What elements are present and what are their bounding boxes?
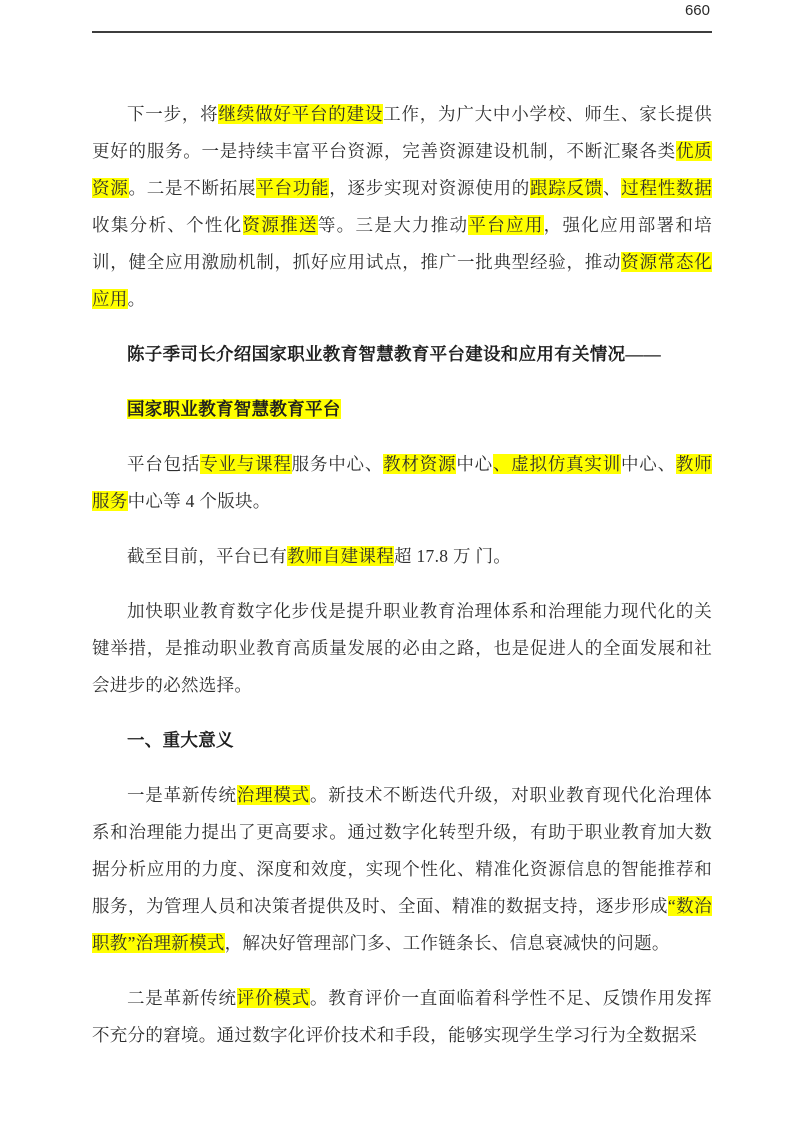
text-run: 一是革新传统 [127, 785, 237, 805]
text-run: 收集分析、个性化 [92, 215, 243, 235]
document-page: 660 下一步，将继续做好平台的建设工作，为广大中小学校、师生、家长提供更好的服… [0, 0, 793, 1122]
highlighted-text-run: 资源推送 [243, 215, 318, 235]
highlighted-text-run: 平台应用 [468, 215, 543, 235]
highlighted-text-run: 跟踪反馈 [530, 178, 603, 198]
text-run: ，逐步实现对资源使用的 [329, 178, 530, 198]
highlighted-text-run: 教材资源 [383, 454, 456, 474]
page-number: 660 [685, 2, 710, 19]
highlighted-text-run: 治理模式 [237, 785, 310, 805]
heading-paragraph: 一、重大意义 [92, 722, 712, 759]
highlighted-text-run: 继续做好平台的建设 [218, 104, 383, 124]
heading-paragraph: 国家职业教育智慧教育平台 [92, 391, 712, 428]
body-paragraph: 下一步，将继续做好平台的建设工作，为广大中小学校、师生、家长提供更好的服务。一是… [92, 96, 712, 318]
text-run: 、 [603, 178, 621, 198]
text-run: ，解决好管理部门多、工作链条长、信息衰减快的问题。 [225, 933, 670, 953]
highlighted-text-run: 过程性数据 [621, 178, 712, 198]
body-paragraph: 二是革新传统评价模式。教育评价一直面临着科学性不足、反馈作用发挥不充分的窘境。通… [92, 980, 712, 1054]
body-paragraph: 截至目前，平台已有教师自建课程超 17.8 万 门。 [92, 538, 712, 575]
text-run: 中心、 [621, 454, 676, 474]
highlighted-text-run: 教师自建课程 [287, 546, 394, 566]
highlighted-text-run: 平台功能 [256, 178, 329, 198]
text-run: 陈子季司长介绍国家职业教育智慧教育平台建设和应用有关情况—— [127, 344, 661, 364]
body-paragraph: 一是革新传统治理模式。新技术不断迭代升级，对职业教育现代化治理体系和治理能力提出… [92, 777, 712, 962]
text-run: 平台包括 [127, 454, 200, 474]
highlighted-text-run: 专业与课程 [200, 454, 291, 474]
text-run: 下一步，将 [127, 104, 218, 124]
text-run: 二是革新传统 [127, 988, 237, 1008]
text-run: 服务中心、 [292, 454, 383, 474]
highlighted-text-run: 评价模式 [237, 988, 310, 1008]
text-run: 中心 [456, 454, 493, 474]
highlighted-text-run: 国家职业教育智慧教育平台 [127, 399, 341, 419]
text-run: 加快职业教育数字化步伐是提升职业教育治理体系和治理能力现代化的关键举措，是推动职… [92, 601, 712, 695]
document-content: 下一步，将继续做好平台的建设工作，为广大中小学校、师生、家长提供更好的服务。一是… [92, 96, 712, 1072]
highlighted-text-run: 、虚拟仿真实训 [493, 454, 621, 474]
text-run: 中心等 4 个版块。 [128, 491, 271, 511]
body-paragraph: 平台包括专业与课程服务中心、教材资源中心、虚拟仿真实训中心、教师服务中心等 4 … [92, 446, 712, 520]
text-run: 一、重大意义 [127, 730, 234, 750]
text-run: 等。三是大力推动 [318, 215, 469, 235]
text-run: 。二是不断拓展 [129, 178, 257, 198]
text-run: 截至目前，平台已有 [127, 546, 287, 566]
text-run: 。 [128, 289, 146, 309]
body-paragraph: 加快职业教育数字化步伐是提升职业教育治理体系和治理能力现代化的关键举措，是推动职… [92, 593, 712, 704]
text-run: 超 17.8 万 门。 [394, 546, 511, 566]
header-rule [92, 31, 712, 33]
heading-paragraph: 陈子季司长介绍国家职业教育智慧教育平台建设和应用有关情况—— [92, 336, 712, 373]
